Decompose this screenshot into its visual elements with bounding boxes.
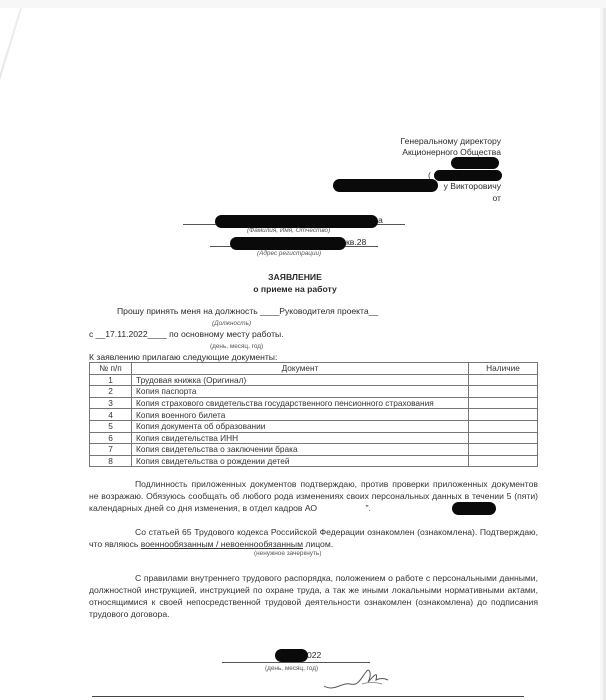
date-caption: (день, месяц, год) xyxy=(210,343,263,350)
row-availability xyxy=(469,397,538,409)
header-availability: Наличие xyxy=(469,363,538,375)
table-row: 5Копия документа об образовании xyxy=(90,420,538,432)
row-document: Копия военного билета xyxy=(132,409,469,421)
bottom-rule xyxy=(92,696,524,697)
row-availability xyxy=(469,386,538,398)
address-caption: (Адрес регистрации) xyxy=(257,250,321,257)
row-number: 3 xyxy=(90,397,132,409)
table-row: 3Копия страхового свидетельства государс… xyxy=(90,397,538,409)
table-row: 8Копия свидетельства о рождении детей xyxy=(90,455,538,467)
redaction-company-name xyxy=(434,170,502,181)
table-row: 6Копия свидетельства ИНН xyxy=(90,432,538,444)
table-row: 1Трудовая книжка (Оригинал) xyxy=(90,374,538,386)
header-document: Документ xyxy=(132,363,469,375)
row-number: 6 xyxy=(90,432,132,444)
redaction-address xyxy=(230,237,346,250)
request-text: Прошу принять меня на должность ____Руко… xyxy=(117,306,378,316)
row-number: 1 xyxy=(90,374,132,386)
addressee-line-2: Акционерного Общества xyxy=(402,147,501,157)
row-availability xyxy=(469,432,538,444)
position-caption: (Должность) xyxy=(212,320,251,327)
addressee-line-1: Генеральному директору xyxy=(401,136,501,146)
row-number: 2 xyxy=(90,386,132,398)
documents-table: № п/п Документ Наличие 1Трудовая книжка … xyxy=(89,362,538,467)
row-availability xyxy=(469,444,538,456)
row-availability xyxy=(469,409,538,421)
paragraph-labor-code: Со статьей 65 Трудового кодекса Российск… xyxy=(89,526,538,550)
name-suffix: а xyxy=(378,215,383,225)
document-title: ЗАЯВЛЕНИЕ xyxy=(0,272,598,282)
row-document: Трудовая книжка (Оригинал) xyxy=(132,374,469,386)
row-document: Копия паспорта xyxy=(132,386,469,398)
row-document: Копия страхового свидетельства государст… xyxy=(132,397,469,409)
address-suffix: кв.28 xyxy=(346,237,366,247)
table-row: 7Копия свидетельства о заключении брака xyxy=(90,444,538,456)
strike-out-caption: (ненужное зачеркнуть) xyxy=(254,550,321,557)
name-caption: (Фамилия, Имя, Отчество) xyxy=(247,227,330,234)
addressee-line-4: у Викторовичу xyxy=(444,181,501,191)
paragraph-authenticity-end: ". xyxy=(365,503,370,513)
start-date-line: с __17.11.2022____ по основному месту ра… xyxy=(89,329,284,339)
document-subtitle: о приеме на работу xyxy=(0,284,598,294)
redaction-company-hr xyxy=(452,502,496,515)
redaction-company xyxy=(451,157,499,169)
table-header-row: № п/п Документ Наличие xyxy=(90,363,538,375)
handwritten-signature xyxy=(320,662,390,694)
row-document: Копия документа об образовании xyxy=(132,420,469,432)
table-row: 2Копия паспорта xyxy=(90,386,538,398)
signature-date-suffix: 022 xyxy=(307,650,321,660)
paragraph-internal-rules-text: С правилами внутреннего трудового распор… xyxy=(89,573,538,619)
row-availability xyxy=(469,420,538,432)
military-status-options: военнообязанным / невоеннообязанным xyxy=(141,539,303,549)
row-number: 8 xyxy=(90,455,132,467)
paragraph-internal-rules: С правилами внутреннего трудового распор… xyxy=(89,572,538,620)
row-availability xyxy=(469,455,538,467)
row-number: 7 xyxy=(90,444,132,456)
paragraph-labor-code-end: лицом. xyxy=(305,539,333,549)
row-availability xyxy=(469,374,538,386)
attachments-intro: К заявлению прилагаю следующие документы… xyxy=(89,352,277,362)
row-document: Копия свидетельства ИНН xyxy=(132,432,469,444)
row-number: 5 xyxy=(90,420,132,432)
from-label: от xyxy=(492,193,501,203)
row-number: 4 xyxy=(90,409,132,421)
row-document: Копия свидетельства о рождении детей xyxy=(132,455,469,467)
row-document: Копия свидетельства о заключении брака xyxy=(132,444,469,456)
table-row: 4Копия военного билета xyxy=(90,409,538,421)
signature-date-caption: (день, месяц, год) xyxy=(265,665,318,672)
header-number: № п/п xyxy=(90,363,132,375)
redaction-director-name xyxy=(333,179,438,192)
redaction-signature-date xyxy=(275,649,308,662)
